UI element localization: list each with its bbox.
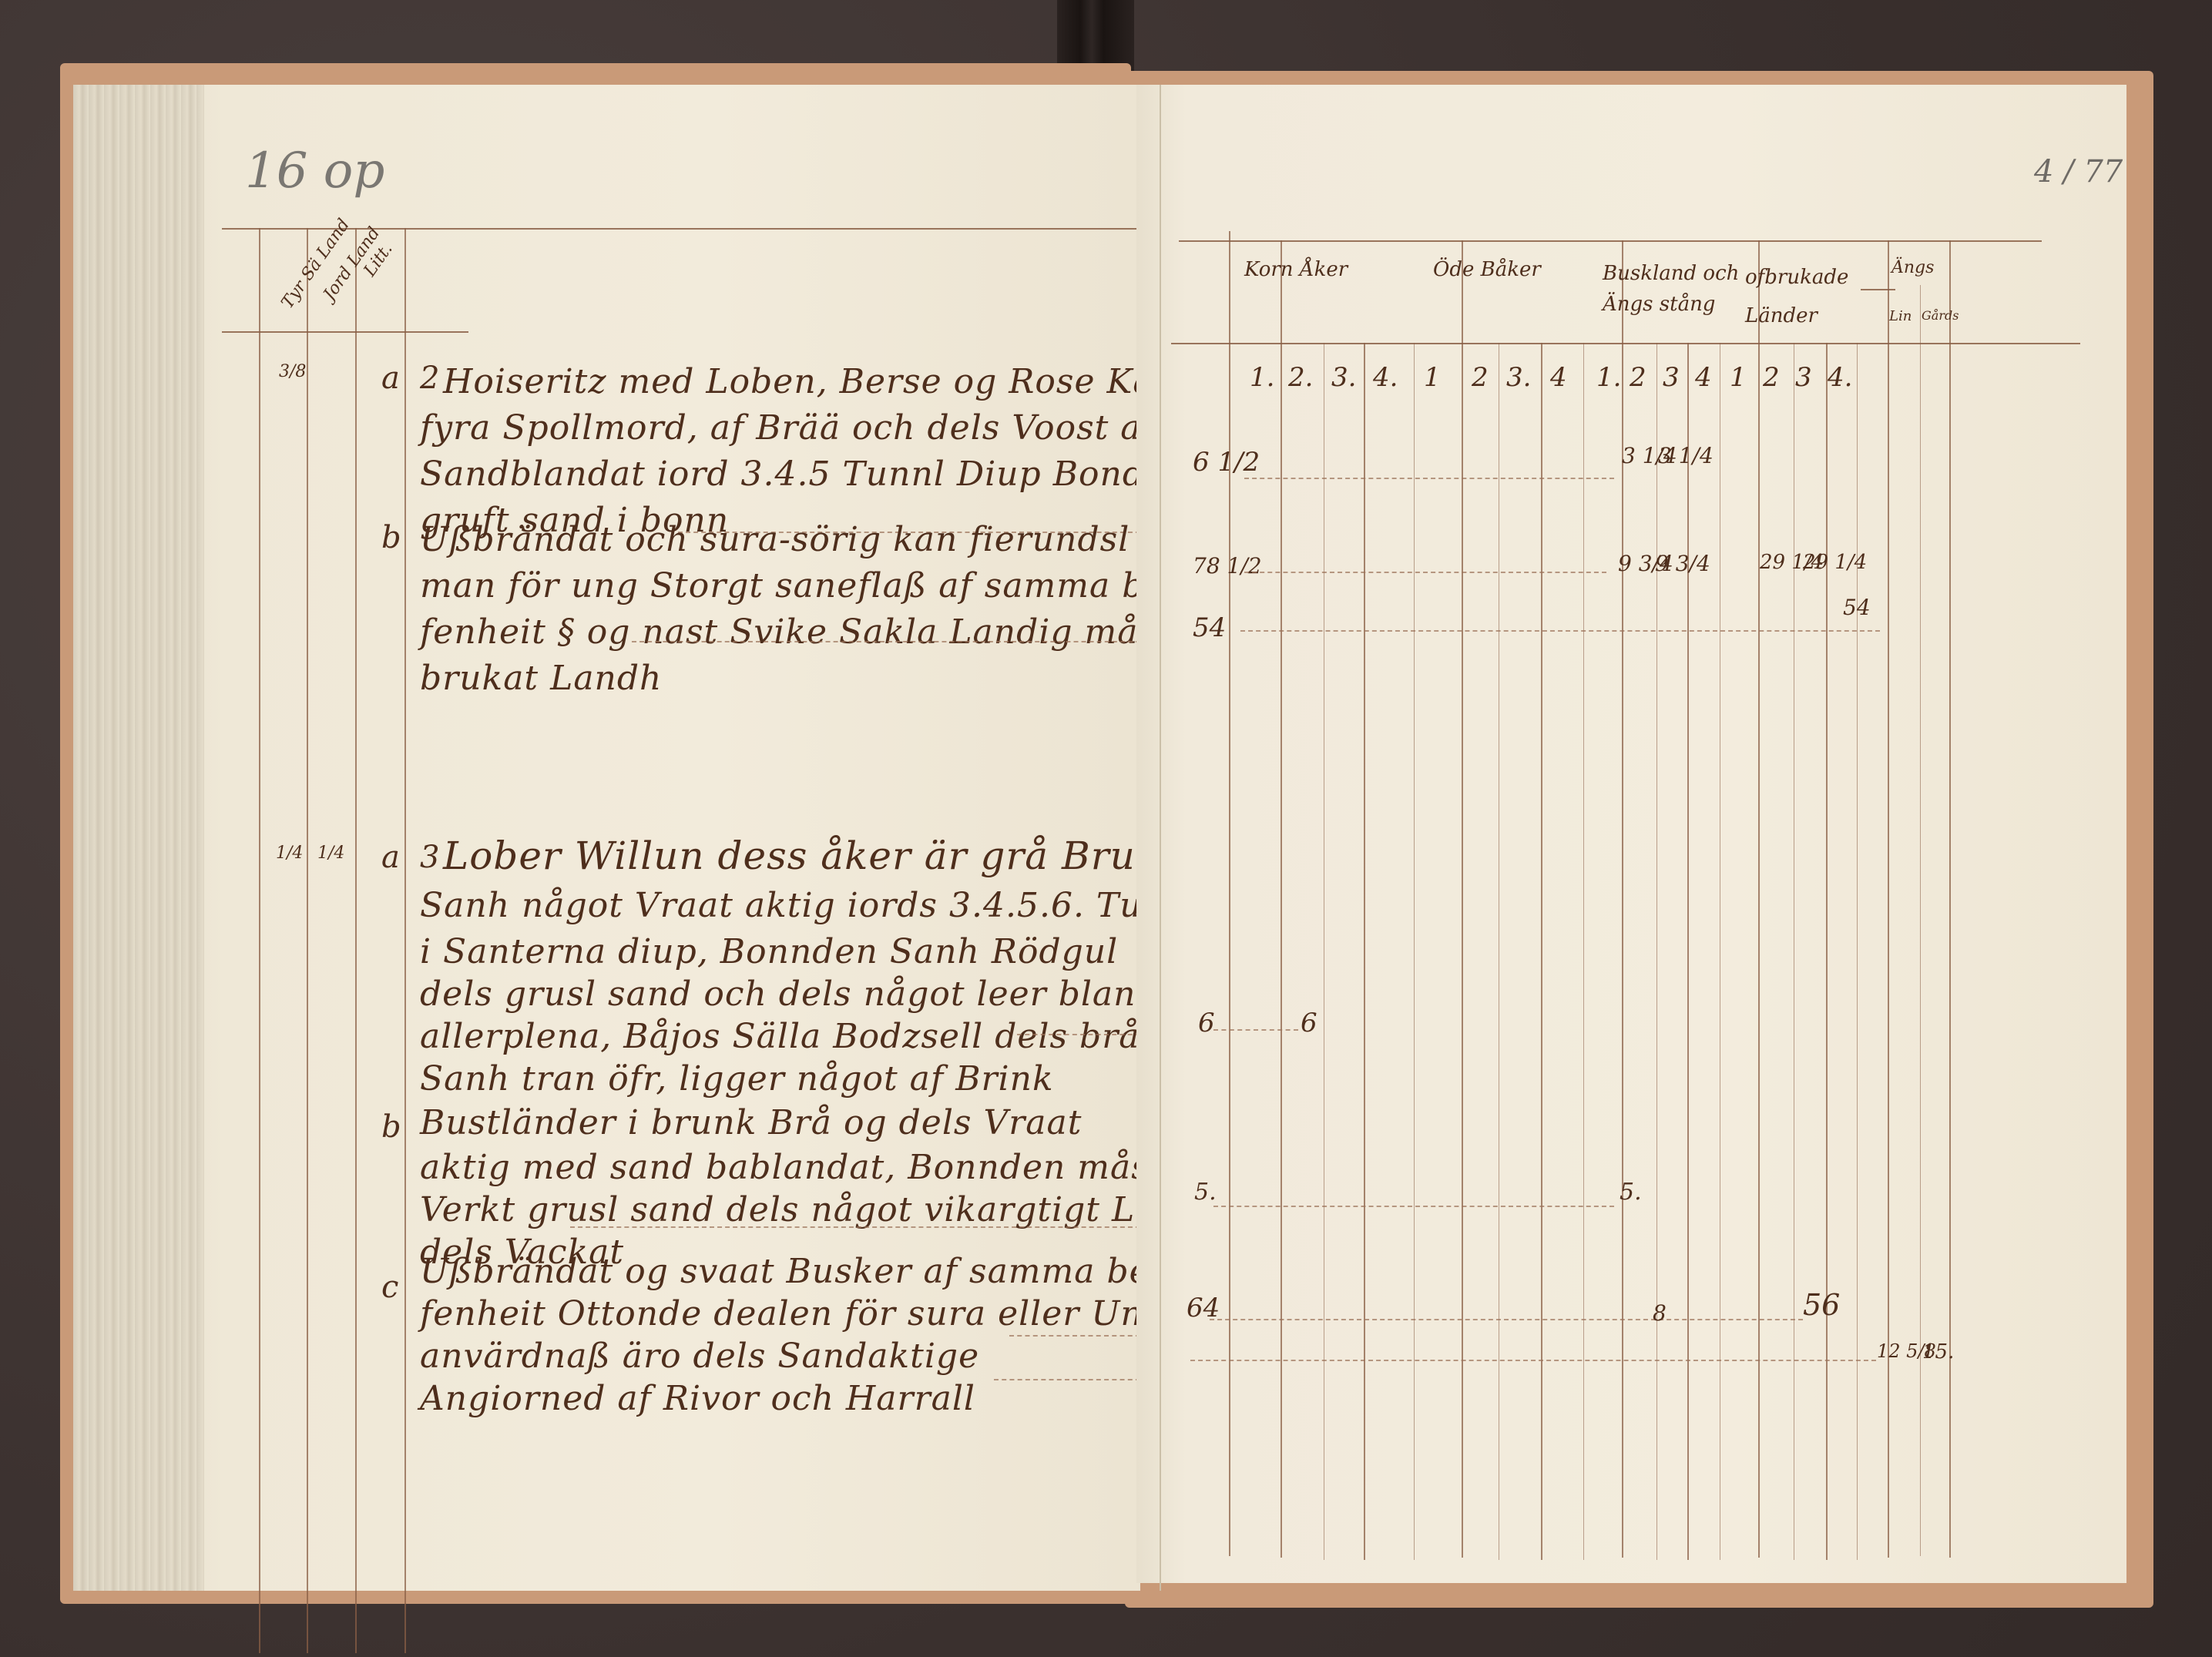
col-rule xyxy=(1364,343,1365,1560)
cell-value: 3 1/4 xyxy=(1658,443,1714,468)
entry-number: 2 xyxy=(420,361,439,396)
cell-value: 29 1/4 xyxy=(1803,551,1867,574)
leader-dash xyxy=(570,1226,1140,1228)
subcol-number: 2 xyxy=(1630,362,1646,393)
col-rule xyxy=(1720,343,1720,1560)
subcol-number: 1 xyxy=(1730,362,1747,393)
cell-value: 9 3/4 xyxy=(1655,551,1710,576)
subcol-number: 4. xyxy=(1828,362,1852,393)
col-rule xyxy=(1687,343,1689,1560)
subcol-number: 1 xyxy=(1424,362,1441,393)
page-gutter xyxy=(1160,85,1161,1591)
leader-dash xyxy=(1213,1029,1298,1031)
subcol-number: 2 xyxy=(1763,362,1780,393)
litt-marker: b xyxy=(381,1109,401,1145)
leader-dash xyxy=(1213,1206,1614,1207)
leader-dash xyxy=(1210,1319,1803,1320)
subcol-number: 4 xyxy=(1695,362,1712,393)
col-rule xyxy=(1414,343,1415,1560)
entry-line: Ußbrändat og svaat Busker af samma besta… xyxy=(420,1252,1217,1291)
col-rule xyxy=(1229,231,1230,1556)
entry-line: Verkt grusl sand dels något vikargtigt L… xyxy=(420,1190,1224,1229)
leader-dash xyxy=(1240,630,1880,632)
litt-marker: a xyxy=(381,361,400,396)
row-lead-value: 78 1/2 xyxy=(1193,553,1262,579)
entry-line: Bustländer i brunk Brå og dels Vraat xyxy=(420,1103,1082,1142)
entry-line: fenheit § og nast Svike Sakla Landig mås… xyxy=(420,612,1217,652)
col-rule xyxy=(1499,343,1499,1560)
entry-line: dels grusl sand och dels något leer blan… xyxy=(420,974,1194,1014)
litt-marker: b xyxy=(381,520,401,555)
leader-dash xyxy=(1244,572,1606,573)
pencil-annotation: 16 op xyxy=(245,143,384,200)
group-header-buskland: Buskland och Ängs stång xyxy=(1603,258,1741,320)
subcol-number: 3. xyxy=(1331,362,1356,393)
subcol-number: 3. xyxy=(1506,362,1531,393)
pencil-folio: 4 / 77 xyxy=(2034,154,2123,190)
entry-line: anvärdnaß äro dels Sandaktige xyxy=(420,1337,979,1376)
subcol-number: 4. xyxy=(1373,362,1398,393)
entry-number: 3 xyxy=(420,840,439,875)
entry-line: Angiorned af Rivor och Harrall xyxy=(420,1379,975,1418)
col-rule xyxy=(1857,343,1858,1560)
header-top-rule xyxy=(222,228,1139,230)
subheader-gards: Gårds xyxy=(1922,308,1959,323)
row-lead-value: 54 xyxy=(1193,612,1226,643)
cell-value: 15. xyxy=(1922,1340,1954,1364)
header-top-rule xyxy=(1179,240,2042,242)
leader-dash xyxy=(1009,1335,1140,1337)
subcol-number: 1. xyxy=(1250,362,1274,393)
entry-line: i Santerna diup, Bonnden Sanh Rödgul xyxy=(420,932,1118,971)
entry-line: aktig med sand bablandat, Bonnden måst xyxy=(420,1148,1164,1187)
entry-line: man för ung Storgt saneflaß af samma bes… xyxy=(420,566,1232,605)
row-lead-value: 6 1/2 xyxy=(1193,447,1260,478)
subcol-number: 4 xyxy=(1550,362,1567,393)
col-rule xyxy=(259,228,260,1653)
col-rule xyxy=(1583,343,1584,1560)
page-stack-edges xyxy=(73,85,204,1591)
col-rule xyxy=(307,228,308,1653)
subcol-number: 3 xyxy=(1663,362,1680,393)
leader-dash xyxy=(1190,1360,1876,1361)
cell-value: 8 xyxy=(1653,1300,1667,1326)
subheader-lin: Lin xyxy=(1889,308,1912,324)
group-header-korn-aker: Korn Åker xyxy=(1244,258,1348,281)
litt-marker: a xyxy=(381,840,400,875)
leader-dash xyxy=(1017,1034,1140,1035)
col-rule xyxy=(355,228,357,1653)
col-rule xyxy=(1794,343,1794,1560)
entry-line: fyra Spollmord, af Brää och dels Voost a… xyxy=(420,408,1211,448)
cell-value: 5. xyxy=(1620,1179,1642,1206)
row-lead-value: 6 xyxy=(1198,1008,1215,1038)
row-lead-value: 5. xyxy=(1194,1179,1217,1206)
group-header-ode-baker: Öde Båker xyxy=(1433,258,1541,281)
subcol-number: 2 xyxy=(1472,362,1489,393)
header-bottom-rule xyxy=(1171,343,2080,344)
group-header-ofbrukade: ofbrukade Länder xyxy=(1745,258,1876,335)
subcol-number: 2. xyxy=(1288,362,1313,393)
cell-value: 6 xyxy=(1301,1008,1317,1038)
litt-marker: c xyxy=(381,1270,398,1305)
subcol-number: 3 xyxy=(1795,362,1812,393)
leader-dash xyxy=(1244,478,1614,479)
fraction: 3/8 xyxy=(279,362,306,381)
entry-line: Sanh något Vraat aktig iords 3.4.5.6. Tu… xyxy=(420,886,1199,925)
group-header-angs: Ängs xyxy=(1891,258,1934,277)
fraction: 1/4 xyxy=(276,844,303,863)
entry-line: brukat Landh xyxy=(420,659,662,698)
entry-line: Lober Willun dess åker är grå Bruin og xyxy=(443,834,1237,878)
leader-dash xyxy=(632,641,1140,642)
entry-line: Sandblandat iord 3.4.5 Tunnl Diup Bonden xyxy=(420,455,1188,494)
col-rule xyxy=(1826,343,1828,1560)
entry-line: allerplena, Båjos Sälla Bodzsell dels br… xyxy=(420,1017,1195,1056)
subcol-number: 1. xyxy=(1596,362,1621,393)
fraction: 1/4 xyxy=(317,844,344,863)
col-rule xyxy=(404,228,406,1653)
leader-dash xyxy=(994,1379,1140,1380)
col-rule xyxy=(1920,285,1921,1556)
cell-value: 54 xyxy=(1843,595,1871,620)
cell-value: 56 xyxy=(1803,1288,1840,1322)
entry-line: Sanh tran öfr, ligger något af Brink xyxy=(420,1059,1054,1099)
col-rule xyxy=(1324,343,1324,1560)
col-rule xyxy=(1541,343,1542,1560)
col-rule xyxy=(1656,343,1657,1560)
